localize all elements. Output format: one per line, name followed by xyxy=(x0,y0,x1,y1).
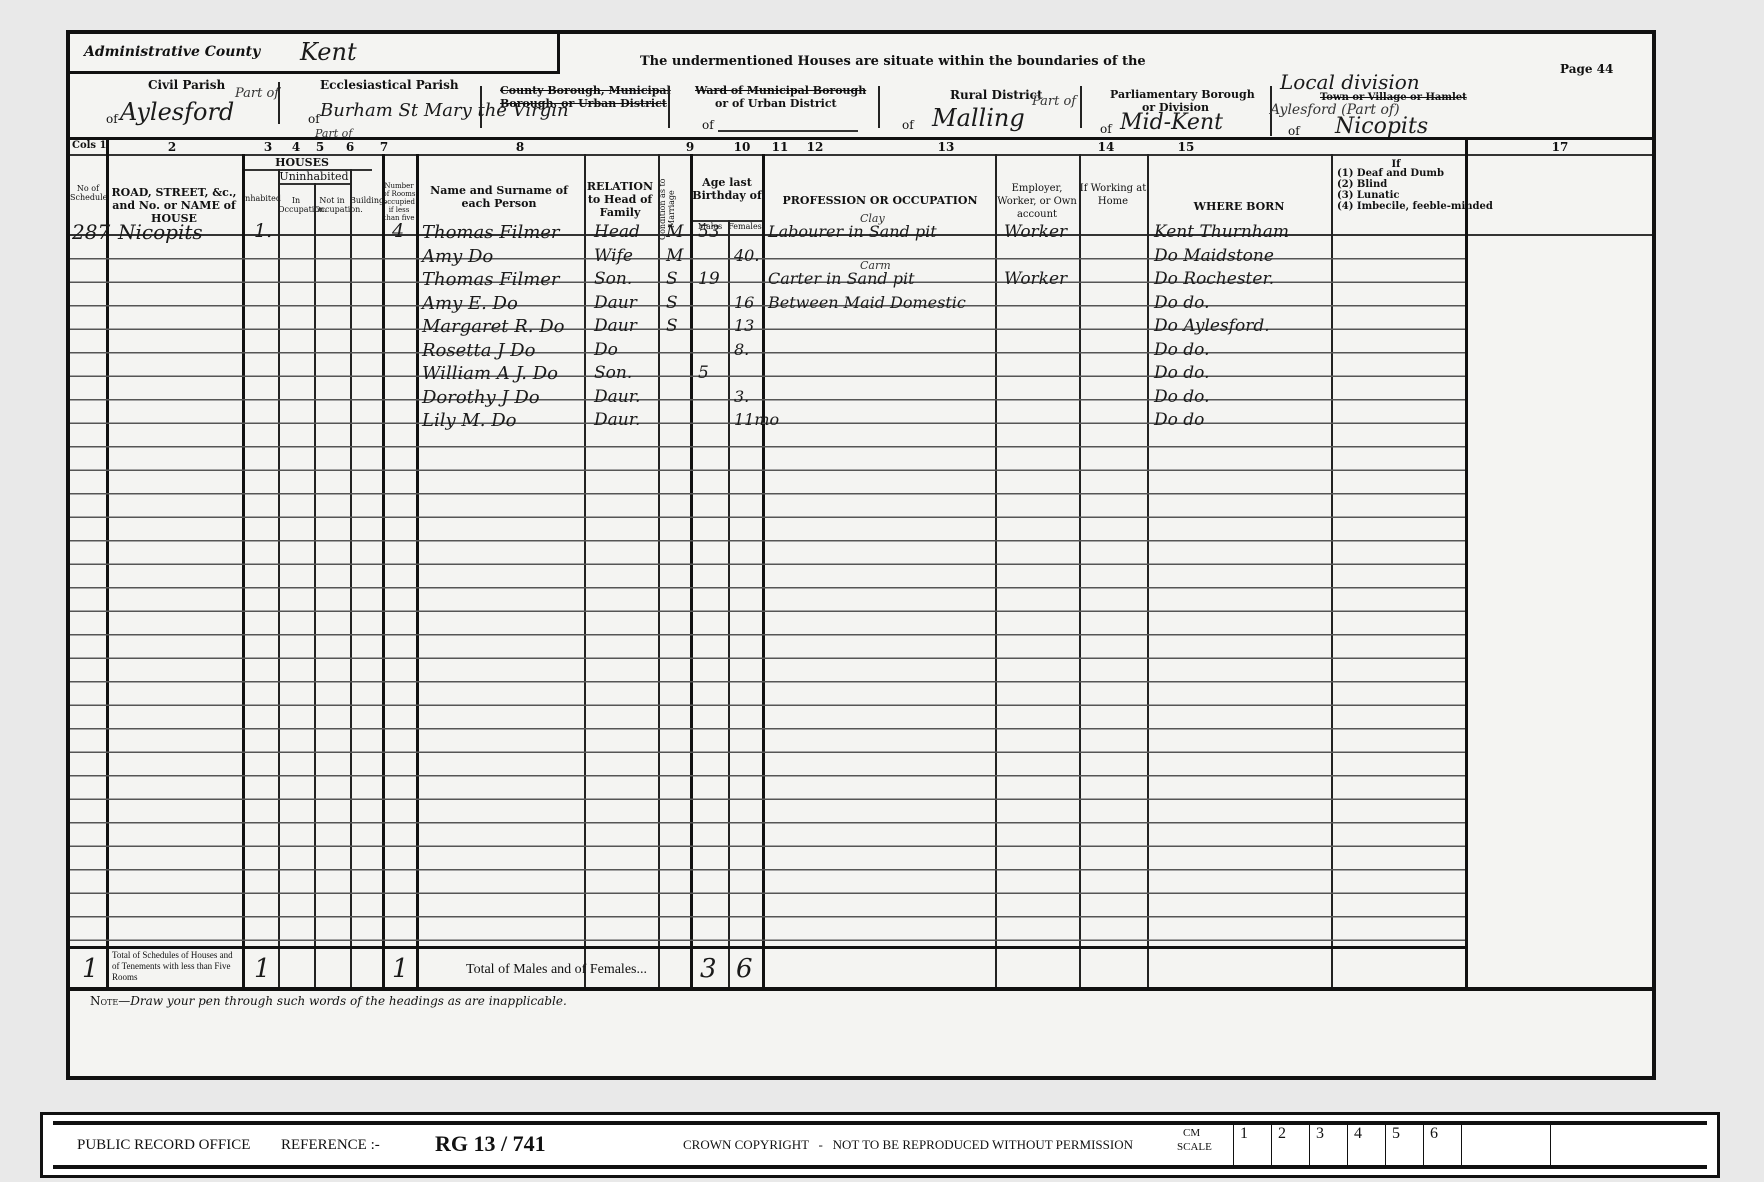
rural-district-note: Part of xyxy=(1032,94,1076,109)
town-value: Nicopits xyxy=(1335,114,1428,139)
col-where-born-header: WHERE BORN xyxy=(1147,200,1331,213)
col-employment-header: Employer, Worker, or Own account xyxy=(995,182,1079,221)
person-female-age: 13 xyxy=(734,316,754,335)
footer-reference-label: REFERENCE :- xyxy=(281,1137,380,1154)
person-employment: Worker xyxy=(1004,222,1067,242)
ruled-lines xyxy=(70,236,1465,946)
person-occupation: Labourer in Sand pit xyxy=(768,222,937,241)
inhabited-total: 1 xyxy=(254,954,271,984)
rooms-total: 1 xyxy=(392,954,409,984)
person-birthplace: Do do. xyxy=(1154,340,1210,360)
person-relation: Daur. xyxy=(594,387,640,407)
uninhabited-header: Uninhabited xyxy=(278,170,350,183)
person-female-age: 40. xyxy=(734,246,759,265)
col-working-home-header: If Working at Home xyxy=(1079,182,1147,208)
house-address: Nicopits xyxy=(118,220,203,244)
col-in-occupation-header: In Occupation. xyxy=(278,196,314,214)
person-female-age: 11mo xyxy=(734,410,779,429)
admin-county-box: Administrative County Kent xyxy=(70,34,560,74)
col-relation-header: RELATION to Head of Family xyxy=(584,180,656,219)
footer-reference-value: RG 13 / 741 xyxy=(435,1131,546,1157)
col-not-in-occupation-header: Not in Occupation. xyxy=(314,196,350,214)
col-name-header: Name and Surname of each Person xyxy=(416,184,582,210)
person-name: Amy E. Do xyxy=(422,293,518,314)
civil-parish-label: Civil Parish xyxy=(148,78,225,92)
note: Note—Draw your pen through such words of… xyxy=(90,994,567,1008)
scale-label: CM xyxy=(1183,1127,1200,1139)
town-label-annotation: Local division xyxy=(1280,70,1420,94)
civil-parish-value: Aylesford xyxy=(120,98,234,126)
inhabited-value: 1. xyxy=(254,220,272,242)
census-page: Administrative County Kent The underment… xyxy=(66,30,1656,1080)
person-relation: Daur. xyxy=(594,410,640,430)
rooms-value: 4 xyxy=(392,220,404,242)
person-male-age: 5 xyxy=(698,363,709,383)
admin-county-label: Administrative County xyxy=(84,44,260,60)
person-male-age: 53 xyxy=(698,222,720,242)
col-inhabited-header: Inhabited xyxy=(242,194,278,203)
col-occupation-header: PROFESSION OR OCCUPATION xyxy=(765,194,995,207)
cols-label: Cols 1 xyxy=(72,140,107,151)
parliamentary-value: Mid-Kent xyxy=(1120,110,1223,135)
occupation-annotation: Carm xyxy=(860,259,891,272)
person-name: Amy Do xyxy=(422,246,493,267)
person-birthplace: Do Aylesford. xyxy=(1154,316,1270,336)
footer-copyright: CROWN COPYRIGHT - NOT TO BE REPRODUCED W… xyxy=(683,1137,1133,1153)
person-relation: Do xyxy=(594,340,618,360)
person-birthplace: Kent Thurnham xyxy=(1154,222,1289,242)
civil-parish-note: Part of xyxy=(235,86,279,101)
person-female-age: 3. xyxy=(734,387,749,406)
person-birthplace: Do do. xyxy=(1154,387,1210,407)
person-condition: M xyxy=(666,222,683,242)
schedules-total-label: Total of Schedules of Houses and of Tene… xyxy=(112,950,236,983)
ward-label: Ward of Municipal Borough xyxy=(695,84,866,97)
houses-header: HOUSES xyxy=(242,156,362,169)
person-female-age: 16 xyxy=(734,293,754,312)
col-schedule-header: No of Schedule xyxy=(70,184,106,202)
person-relation: Wife xyxy=(594,246,633,266)
schedule-number: 287 xyxy=(72,220,110,244)
person-condition: S xyxy=(666,293,678,313)
person-birthplace: Do do. xyxy=(1154,363,1210,383)
person-condition: S xyxy=(666,269,678,289)
rural-district-value: Malling xyxy=(932,104,1025,132)
person-female-age: 8. xyxy=(734,340,749,359)
footer-office: PUBLIC RECORD OFFICE xyxy=(77,1137,250,1154)
person-relation: Daur xyxy=(594,293,637,313)
person-name: Lily M. Do xyxy=(422,410,517,431)
county-borough-label: County Borough, Municipal xyxy=(500,84,671,97)
person-name: Thomas Filmer xyxy=(422,222,560,243)
col-rooms-header: Number of Rooms occupied if less than fi… xyxy=(382,182,416,222)
page-number: Page 44 xyxy=(1560,62,1613,76)
person-name: William A J. Do xyxy=(422,363,558,384)
females-total: 6 xyxy=(736,954,753,984)
males-females-total-label: Total of Males and of Females... xyxy=(466,962,647,978)
person-birthplace: Do do. xyxy=(1154,293,1210,313)
person-birthplace: Do Rochester. xyxy=(1154,269,1274,289)
males-total: 3 xyxy=(700,954,717,984)
schedules-total: 1 xyxy=(82,954,99,984)
person-relation: Son. xyxy=(594,269,632,289)
col-infirmity-header: (1) Deaf and Dumb (2) Blind (3) Lunatic … xyxy=(1337,168,1493,212)
rural-district-label: Rural District xyxy=(950,88,1043,102)
person-name: Dorothy J Do xyxy=(422,387,540,408)
admin-county-value: Kent xyxy=(300,38,357,66)
person-condition: S xyxy=(666,316,678,336)
person-name: Thomas Filmer xyxy=(422,269,560,290)
person-occupation: Between Maid Domestic xyxy=(768,293,966,312)
person-employment: Worker xyxy=(1004,269,1067,289)
col-building-header: Building. xyxy=(350,196,382,205)
person-name: Margaret R. Do xyxy=(422,316,565,337)
person-name: Rosetta J Do xyxy=(422,340,535,361)
occupation-annotation: Clay xyxy=(860,212,885,225)
person-relation: Head xyxy=(594,222,640,242)
eccl-parish-label: Ecclesiastical Parish xyxy=(320,78,459,92)
person-relation: Son. xyxy=(594,363,632,383)
intro-text: The undermentioned Houses are situate wi… xyxy=(640,54,1146,69)
person-occupation: Carter in Sand pit xyxy=(768,269,915,288)
person-birthplace: Do Maidstone xyxy=(1154,246,1274,266)
person-birthplace: Do do xyxy=(1154,410,1204,430)
col-age-header: Age last Birthday of xyxy=(692,176,762,202)
person-relation: Daur xyxy=(594,316,637,336)
person-male-age: 19 xyxy=(698,269,720,289)
person-condition: M xyxy=(666,246,683,266)
archive-footer: PUBLIC RECORD OFFICE REFERENCE :- RG 13 … xyxy=(40,1112,1720,1178)
parliamentary-label: Parliamentary Borough xyxy=(1110,88,1255,101)
col-females-header: Females xyxy=(728,222,762,231)
